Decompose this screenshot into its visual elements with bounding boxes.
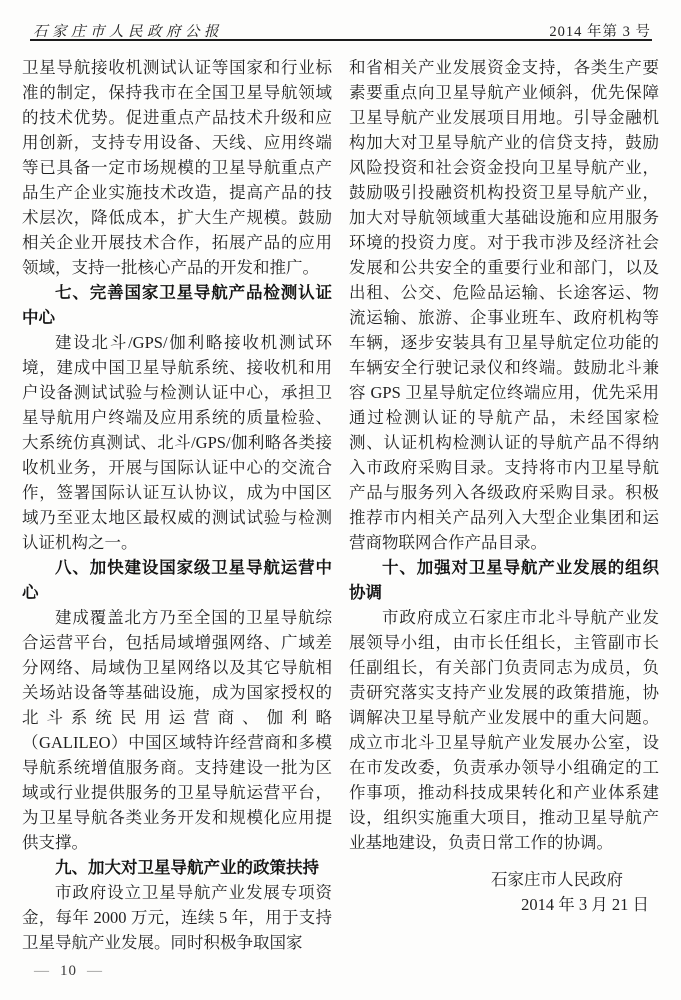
header-rule: [30, 39, 652, 41]
left-column: 卫星导航接收机测试认证等国家和行业标准的制定，保持我市在全国卫星导航领域的技术优…: [22, 55, 332, 955]
issue-number: 2014 年第 3 号: [549, 20, 651, 41]
section-7-paragraph: 建设北斗/GPS/伽利略接收机测试环境，建成中国卫星导航系统、接收机和用户设备测…: [22, 330, 332, 555]
right-column: 和省相关产业发展资金支持，各类生产要素要重点向卫星导航产业倾斜，优先保障卫星导航…: [349, 55, 659, 955]
section-heading-10: 十、加强对卫星导航产业发展的组织协调: [349, 555, 659, 605]
section-8-paragraph: 建成覆盖北方乃至全国的卫星导航综合运营平台，包括局域增强网络、广域差分网络、局域…: [22, 605, 332, 855]
paragraph-continuation: 卫星导航接收机测试认证等国家和行业标准的制定，保持我市在全国卫星导航领域的技术优…: [22, 55, 332, 280]
page-number: 10: [60, 963, 77, 979]
page-footer: —10—: [34, 963, 103, 980]
gazette-page: 石家庄市人民政府公报 2014 年第 3 号 卫星导航接收机测试认证等国家和行业…: [0, 0, 681, 1000]
paragraph-continuation: 和省相关产业发展资金支持，各类生产要素要重点向卫星导航产业倾斜，优先保障卫星导航…: [349, 55, 659, 555]
section-heading-9: 九、加大对卫星导航产业的政策扶持: [22, 855, 332, 880]
signature-name: 石家庄市人民政府: [349, 867, 659, 892]
section-heading-7: 七、完善国家卫星导航产品检测认证中心: [22, 280, 332, 330]
page-header: 石家庄市人民政府公报 2014 年第 3 号: [33, 20, 651, 41]
footer-right-dash: —: [87, 963, 103, 979]
signature-date: 2014 年 3 月 21 日: [349, 892, 659, 917]
publication-title: 石家庄市人民政府公报: [33, 20, 223, 41]
signature-block: 石家庄市人民政府 2014 年 3 月 21 日: [349, 867, 659, 917]
footer-left-dash: —: [34, 963, 50, 979]
section-10-paragraph: 市政府成立石家庄市北斗导航产业发展领导小组，由市长任组长，主管副市长任副组长，有…: [349, 605, 659, 855]
section-heading-8: 八、加快建设国家级卫星导航运营中心: [22, 555, 332, 605]
document-body: 卫星导航接收机测试认证等国家和行业标准的制定，保持我市在全国卫星导航领域的技术优…: [22, 55, 659, 955]
section-9-paragraph: 市政府设立卫星导航产业发展专项资金，每年 2000 万元，连续 5 年，用于支持…: [22, 880, 332, 955]
